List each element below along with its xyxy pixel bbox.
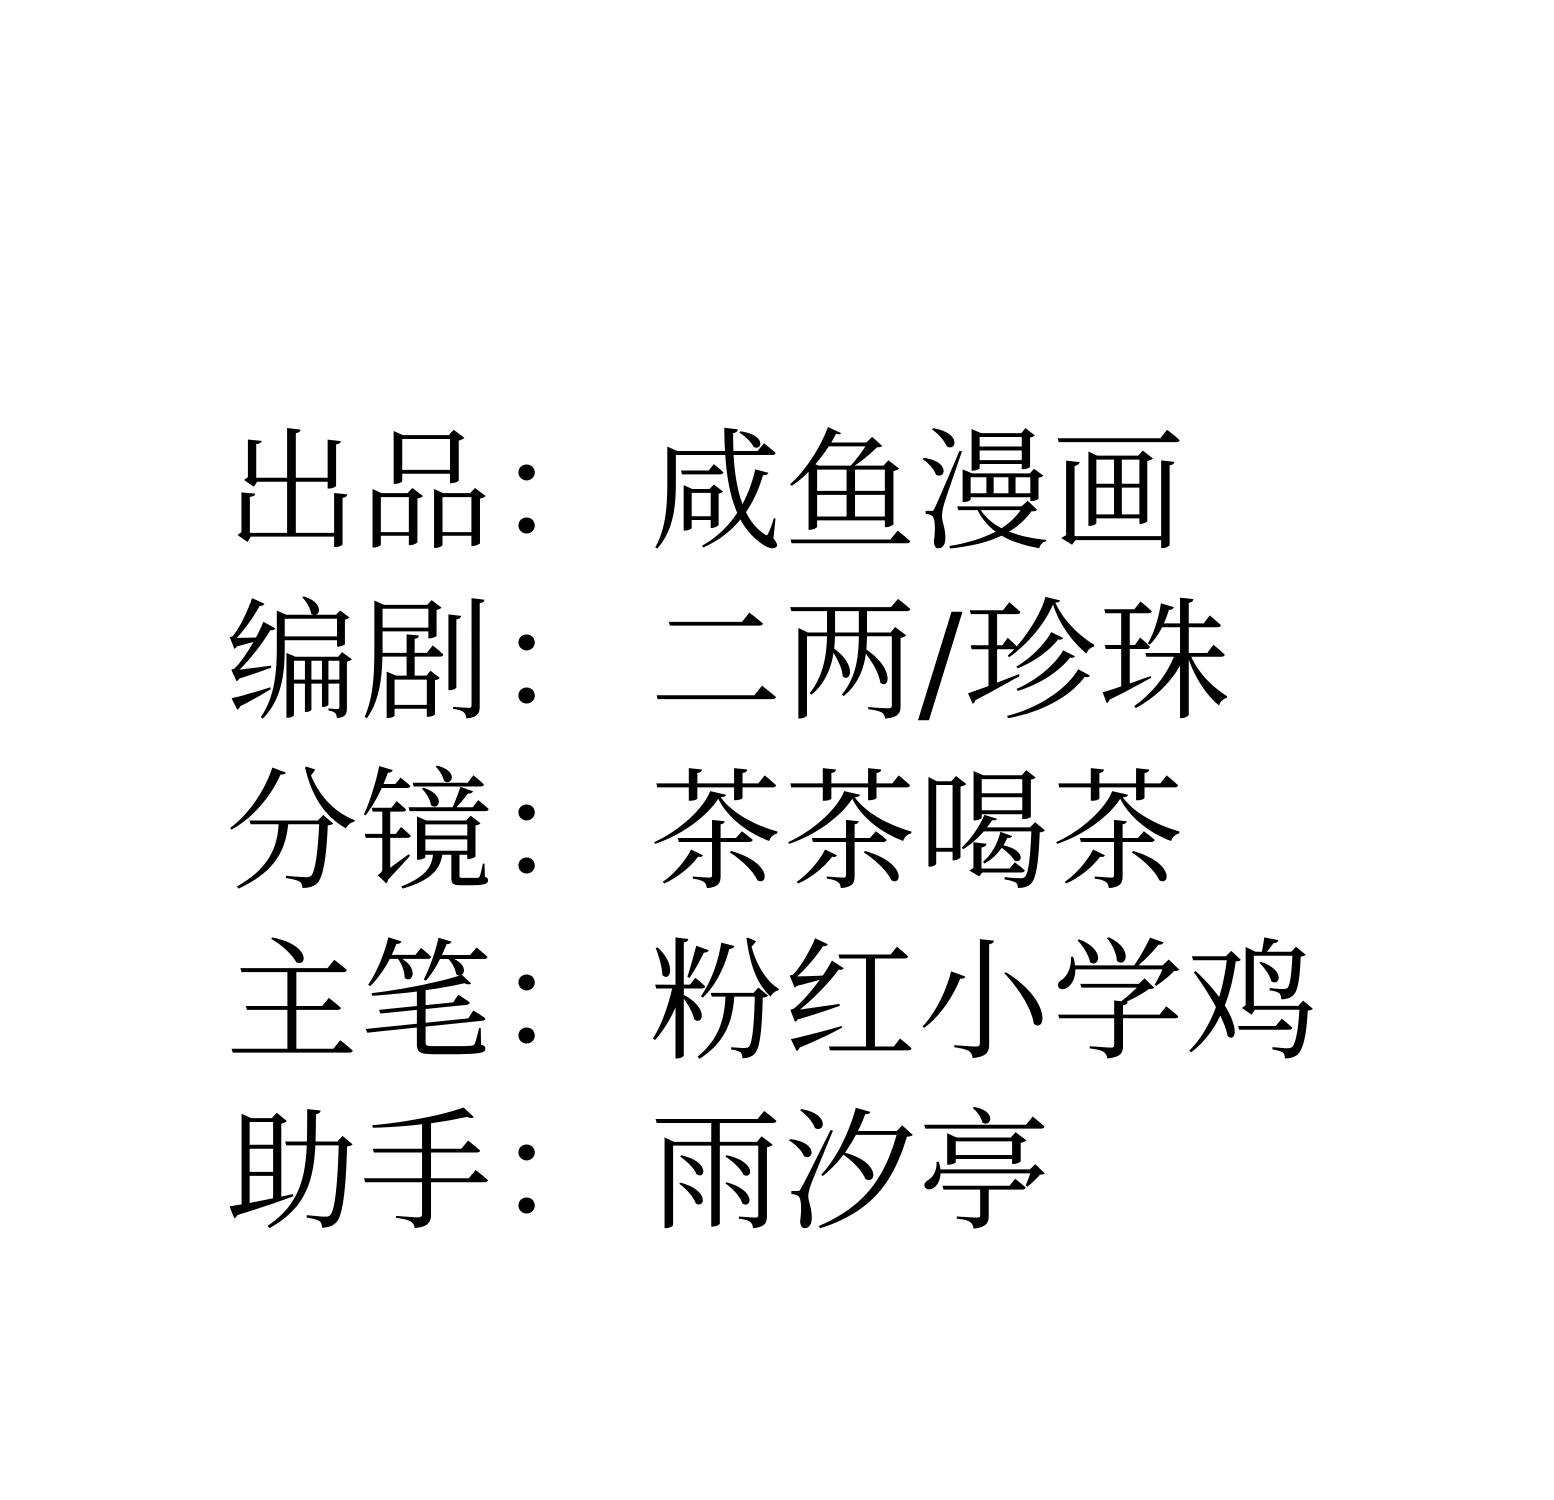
colon-separator: ： <box>496 597 650 729</box>
credit-name: 咸鱼漫画 <box>650 427 1186 559</box>
credits-list: 出品 ： 咸鱼漫画 编剧 ： 二两/珍珠 分镜 ： 茶茶喝茶 主笔 ： 粉红小学… <box>226 408 1320 1258</box>
credit-row-assistant: 助手 ： 雨汐亭 <box>226 1088 1320 1258</box>
credits-page: 出品 ： 咸鱼漫画 编剧 ： 二两/珍珠 分镜 ： 茶茶喝茶 主笔 ： 粉红小学… <box>0 0 1554 1500</box>
role-label: 分镜 <box>226 767 496 899</box>
credit-name: 茶茶喝茶 <box>650 767 1186 899</box>
colon-separator: ： <box>496 427 650 559</box>
role-label: 主笔 <box>226 937 496 1069</box>
credit-name: 粉红小学鸡 <box>650 937 1320 1069</box>
role-label: 出品 <box>226 427 496 559</box>
credit-row-storyboard: 分镜 ： 茶茶喝茶 <box>226 748 1320 918</box>
role-label: 助手 <box>226 1107 496 1239</box>
credit-row-lead-artist: 主笔 ： 粉红小学鸡 <box>226 918 1320 1088</box>
credit-name: 二两/珍珠 <box>650 597 1232 729</box>
colon-separator: ： <box>496 1107 650 1239</box>
colon-separator: ： <box>496 937 650 1069</box>
credit-row-producer: 出品 ： 咸鱼漫画 <box>226 408 1320 578</box>
role-label: 编剧 <box>226 597 496 729</box>
colon-separator: ： <box>496 767 650 899</box>
credit-name: 雨汐亭 <box>650 1107 1052 1239</box>
credit-row-screenwriter: 编剧 ： 二两/珍珠 <box>226 578 1320 748</box>
